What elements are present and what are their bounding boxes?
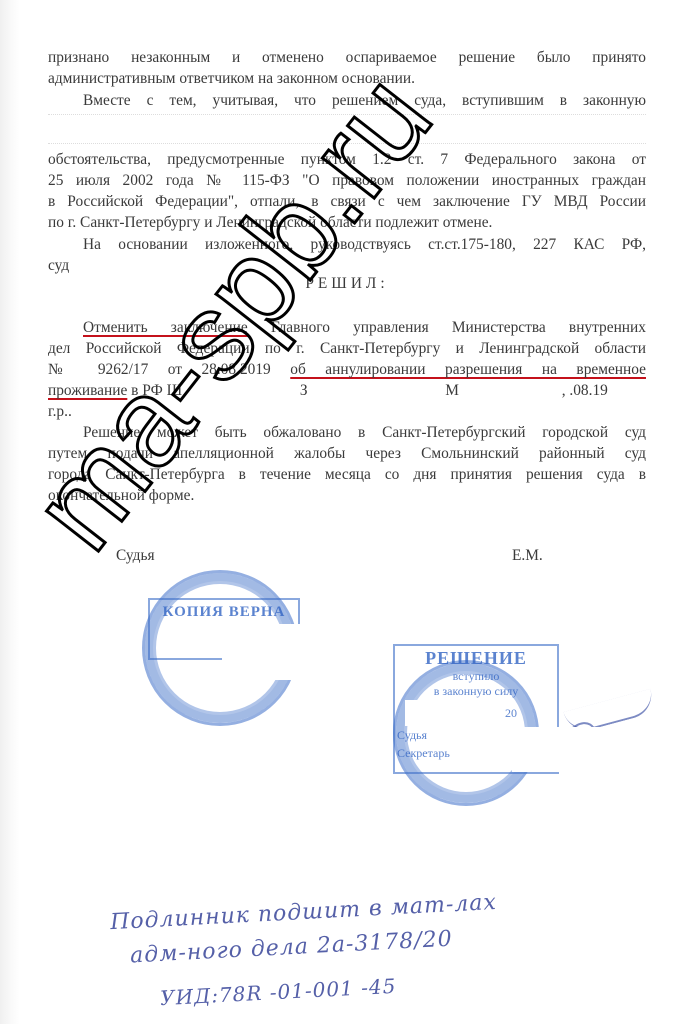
text-line: по г. Санкт-Петербургу и Ленинградской о… (48, 213, 646, 233)
handwritten-note-line: адм-ного дела 2а-3178/20 (130, 927, 454, 969)
judge-label: Судья (116, 547, 155, 565)
decision-line: проживание в РФ Ш З М , .08.19 (48, 381, 646, 401)
decision-line: Отменить заключение Главного управления … (48, 318, 646, 338)
underlined-phrase: Отменить заключение (83, 319, 248, 336)
decision-line: № 9262/17 от 28.08.2019 об аннулировании… (48, 360, 646, 380)
stamp-text: Судья (397, 728, 427, 743)
stamp-text: вступило (395, 669, 557, 684)
appeal-line: путем подачи апелляционной жалобы через … (48, 444, 646, 464)
text-span: Главного управления Министерства внутрен… (271, 319, 646, 336)
appeal-line: города Санкт-Петербурга в течение месяца… (48, 465, 646, 485)
stamp-text: 20 (505, 706, 517, 721)
redacted-lines (48, 114, 646, 144)
redacted-name-part: М (445, 382, 459, 399)
text-line: признано незаконным и отменено оспаривае… (48, 48, 646, 68)
text-line: Вместе с тем, учитывая, что решением суд… (48, 91, 646, 111)
scan-edge (0, 0, 20, 1024)
redaction-box (222, 624, 322, 680)
decision-line: дел Российской Федерации по г. Санкт-Пет… (48, 339, 646, 359)
judge-name: Е.М. (512, 547, 543, 565)
redaction-box (512, 727, 662, 772)
text-line: обстоятельства, предусмотренные пунктом … (48, 150, 646, 170)
redacted-name-part: в РФ Ш (131, 382, 182, 399)
text-line: 25 июля 2002 года № 115-ФЗ "О правовом п… (48, 171, 646, 191)
redacted-birth-date: , .08.19 (562, 382, 608, 399)
text-line: административным ответчиком на законном … (48, 69, 646, 89)
text-line: На основании изложенного, руководствуясь… (48, 235, 646, 255)
underlined-phrase: об аннулировании разрешения на временное (290, 361, 646, 378)
redacted-name-part: З (300, 382, 308, 399)
decision-heading: РЕШИЛ: (48, 275, 646, 293)
appeal-line: Решение может быть обжаловано в Санкт-Пе… (48, 423, 646, 443)
appeal-line: окончательной форме. (48, 486, 646, 506)
stamp-title: КОПИЯ ВЕРНА (150, 600, 298, 621)
text-line: в Российской Федерации", отпали, в связи… (48, 192, 646, 212)
stamp-text: Секретарь (397, 746, 450, 761)
stamp-text: в законную силу (395, 684, 557, 699)
handwritten-note-line: УИД:78R -01-001 -45 (160, 974, 397, 1010)
decision-line: г.р.. (48, 402, 646, 422)
text-line: суд (48, 256, 646, 276)
text-span: № 9262/17 от 28.08.2019 (48, 361, 271, 378)
redaction-box (405, 700, 493, 726)
underlined-phrase: проживание (48, 382, 127, 399)
stamp-title: РЕШЕНИЕ (395, 646, 557, 669)
